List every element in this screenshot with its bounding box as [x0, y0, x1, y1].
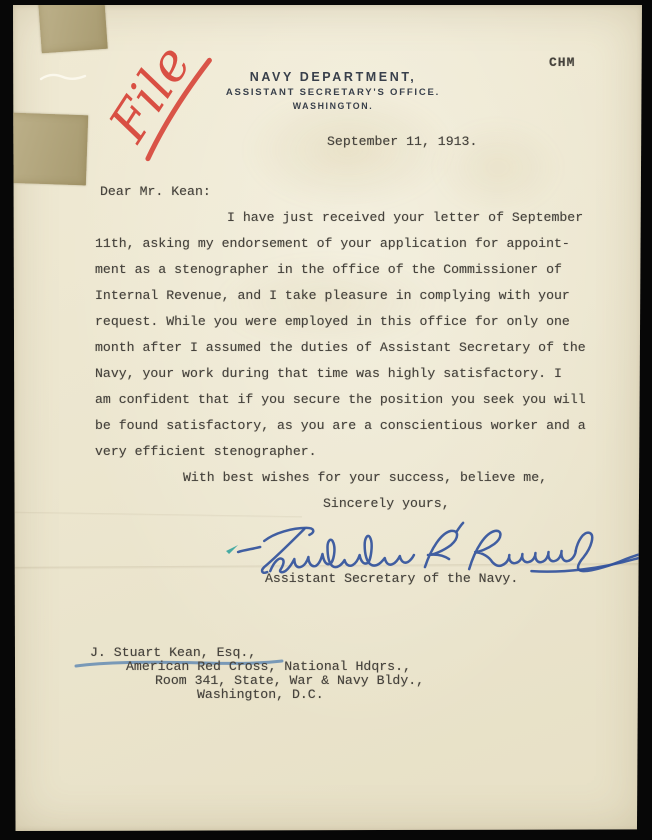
typed-line: month after I assumed the duties of Assi…: [95, 335, 615, 361]
letterhead-office: ASSISTANT SECRETARY'S OFFICE.: [133, 87, 533, 98]
letter-body: I have just received your letter of Sept…: [95, 205, 615, 517]
recipient-city: Washington, D.C.: [90, 688, 424, 702]
teal-ink-mark: [226, 545, 238, 554]
recipient-address: Room 341, State, War & Navy Bldy.,: [90, 674, 424, 688]
scanned-letter-view: { "scan": { "archivist_initials": "CHM",…: [0, 0, 652, 840]
recipient-name: J. Stuart Kean, Esq.,: [90, 646, 424, 660]
recipient-org: American Red Cross, National Hdqrs.,: [90, 660, 424, 674]
typed-line: be found satisfactory, as you are a cons…: [95, 413, 615, 439]
paper-tear: [39, 69, 87, 87]
date-line: September 11, 1913.: [327, 134, 477, 149]
signer-title: Assistant Secretary of the Navy.: [265, 571, 518, 586]
archivist-initials: CHM: [549, 55, 575, 70]
recipient-block: J. Stuart Kean, Esq., American Red Cross…: [90, 646, 424, 702]
typed-line: I have just received your letter of Sept…: [95, 205, 615, 231]
letterhead: NAVY DEPARTMENT, ASSISTANT SECRETARY'S O…: [133, 70, 533, 111]
salutation: Dear Mr. Kean:: [100, 184, 211, 199]
typed-line: 11th, asking my endorsement of your appl…: [95, 231, 615, 257]
typed-line: ment as a stenographer in the office of …: [95, 257, 615, 283]
letter-page: CHM File NAVY DEPARTMENT, ASSISTANT SECR…: [13, 5, 642, 831]
typed-line: Internal Revenue, and I take pleasure in…: [95, 283, 615, 309]
closing-line: With best wishes for your success, belie…: [95, 465, 615, 491]
typed-line: am confident that if you secure the posi…: [95, 387, 615, 413]
valediction: Sincerely yours,: [95, 491, 615, 517]
typed-line: request. While you were employed in this…: [95, 309, 615, 335]
tape-mark-left: [13, 113, 88, 186]
typed-line: Navy, your work during that time was hig…: [95, 361, 615, 387]
letterhead-department: NAVY DEPARTMENT,: [133, 70, 533, 84]
letterhead-city: WASHINGTON.: [133, 101, 533, 111]
typed-line: very efficient stenographer.: [95, 439, 615, 465]
